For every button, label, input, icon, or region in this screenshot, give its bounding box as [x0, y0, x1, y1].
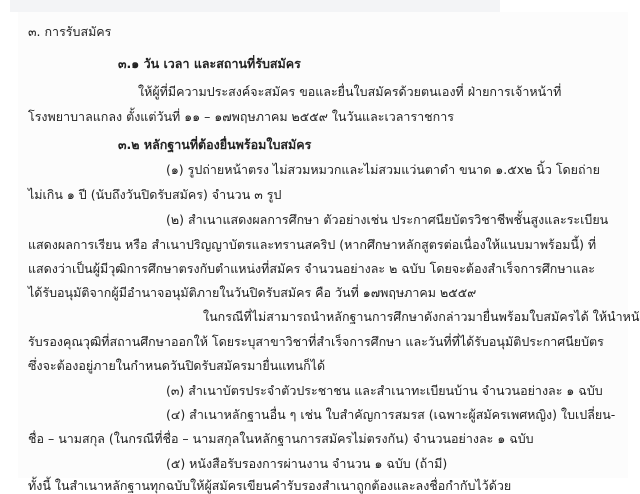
subsection-heading-3-1: ๓.๑ วัน เวลา และสถานที่รับสมัคร [118, 56, 301, 72]
subsection-heading-3-2: ๓.๒ หลักฐานที่ต้องยื่นพร้อมใบสมัคร [118, 137, 311, 153]
note-paragraph-cont: ซึ่งจะต้องอยู่ภายในกำหนดวันปิดรับสมัครมา… [28, 358, 325, 374]
list-item-4-cont: ชื่อ – นามสกุล (ในกรณีที่ชื่อ – นามสกุลใ… [28, 431, 534, 447]
list-item-5: (๕) หนังสือรับรองการผ่านงาน จำนวน ๑ ฉบับ… [166, 456, 447, 472]
list-item-4: (๔) สำเนาหลักฐานอื่น ๆ เช่น ใบสำคัญการสม… [166, 407, 615, 423]
section-title: ๓. การรับสมัคร [28, 24, 111, 40]
list-item-2: (๒) สำเนาแสดงผลการศึกษา ตัวอย่างเช่น ประ… [166, 212, 608, 228]
list-item-1-cont: ไม่เกิน ๑ ปี (นับถึงวันปิดรับสมัคร) จำนว… [28, 187, 281, 203]
list-item-3: (๓) สำเนาบัตรประจำตัวประชาชน และสำเนาทะเ… [166, 383, 603, 399]
paragraph-line: ให้ผู้ที่มีความประสงค์จะสมัคร ขอและยื่นใ… [138, 84, 561, 100]
list-item-2-cont: แสดงว่าเป็นผู้มีวุฒิการศึกษาตรงกับตำแหน่… [28, 261, 595, 277]
document-page: ๓. การรับสมัคร ๓.๑ วัน เวลา และสถานที่รั… [18, 12, 628, 478]
previous-page-edge [10, 0, 500, 12]
list-item-1: (๑) รูปถ่ายหน้าตรง ไม่สวมหมวกและไม่สวมแว… [166, 162, 600, 178]
paragraph-line: โรงพยาบาลแกลง ตั้งแต่วันที่ ๑๑ – ๑๗พฤษภา… [28, 109, 454, 125]
list-item-2-cont: ได้รับอนุมัติจากผู้มีอำนาจอนุมัติภายในวั… [28, 285, 476, 301]
note-paragraph: ในกรณีที่ไม่สามารถนำหลักฐานการศึกษาดังกล… [203, 309, 640, 325]
list-item-2-cont: แสดงผลการเรียน หรือ สำเนาปริญญาบัตรและทร… [28, 237, 596, 253]
closing-paragraph: ทั้งนี้ ในสำเนาหลักฐานทุกฉบับให้ผู้สมัคร… [28, 478, 511, 489]
note-paragraph-cont: รับรองคุณวุฒิที่สถานศึกษาออกให้ โดยระบุส… [28, 334, 604, 350]
